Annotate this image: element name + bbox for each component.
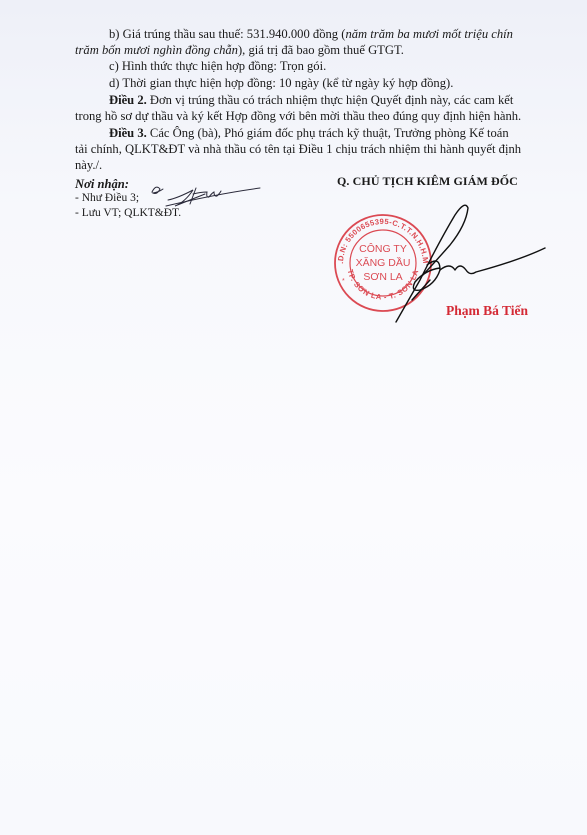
clause-b-suffix: ), giá trị đã bao gồm thuế GTGT.: [238, 43, 404, 57]
svg-text:CÔNG TY: CÔNG TY: [359, 242, 407, 255]
article-2-line-2: trong hồ sơ dự thầu và ký kết Hợp đồng v…: [75, 109, 540, 124]
article-3-line-1: Điều 3. Các Ông (bà), Phó giám đốc phụ t…: [109, 126, 540, 141]
svg-text:*: *: [342, 278, 345, 285]
recipients-label: Nơi nhận:: [75, 177, 129, 192]
clause-b-prefix: b) Giá trúng thầu sau thuế: 531.940.000 …: [109, 27, 345, 41]
article-2-line-1: Điều 2. Đơn vị trúng thầu có trách nhiệm…: [109, 93, 540, 108]
recipient-item: - Lưu VT; QLKT&ĐT.: [75, 207, 181, 219]
svg-text:SƠN LA: SƠN LA: [363, 271, 402, 283]
article-2-label: Điều 2.: [109, 93, 147, 107]
article-2-text: Đơn vị trúng thầu có trách nhiệm thực hi…: [147, 93, 514, 107]
recipient-item: - Như Điều 3;: [75, 192, 139, 204]
article-3-text: Các Ông (bà), Phó giám đốc phụ trách kỹ …: [147, 126, 509, 140]
clause-b-line-2: trăm bốn mươi nghìn đồng chẵn), giá trị …: [75, 43, 540, 58]
signer-name: Phạm Bá Tiến: [446, 303, 528, 319]
clause-b-amount-words-1: năm trăm ba mươi mốt triệu chín: [345, 27, 513, 41]
article-3-line-3: này./.: [75, 158, 540, 173]
signature-title: Q. CHỦ TỊCH KIÊM GIÁM ĐỐC: [337, 174, 518, 189]
clause-b-amount-words-2: trăm bốn mươi nghìn đồng chẵn: [75, 43, 238, 57]
article-3-label: Điều 3.: [109, 126, 147, 140]
document-page: b) Giá trúng thầu sau thuế: 531.940.000 …: [0, 0, 587, 835]
clause-c: c) Hình thức thực hiện hợp đồng: Trọn gó…: [109, 59, 540, 74]
svg-text:XĂNG DẦU: XĂNG DẦU: [356, 256, 411, 269]
article-3-line-2: tải chính, QLKT&ĐT và nhà thầu có tên tạ…: [75, 142, 540, 157]
clause-d: d) Thời gian thực hiện hợp đồng: 10 ngày…: [109, 76, 540, 91]
svg-text:TP. SƠN LA - T. SƠN LA: TP. SƠN LA - T. SƠN LA: [346, 268, 421, 301]
clause-b-line-1: b) Giá trúng thầu sau thuế: 531.940.000 …: [109, 27, 540, 42]
